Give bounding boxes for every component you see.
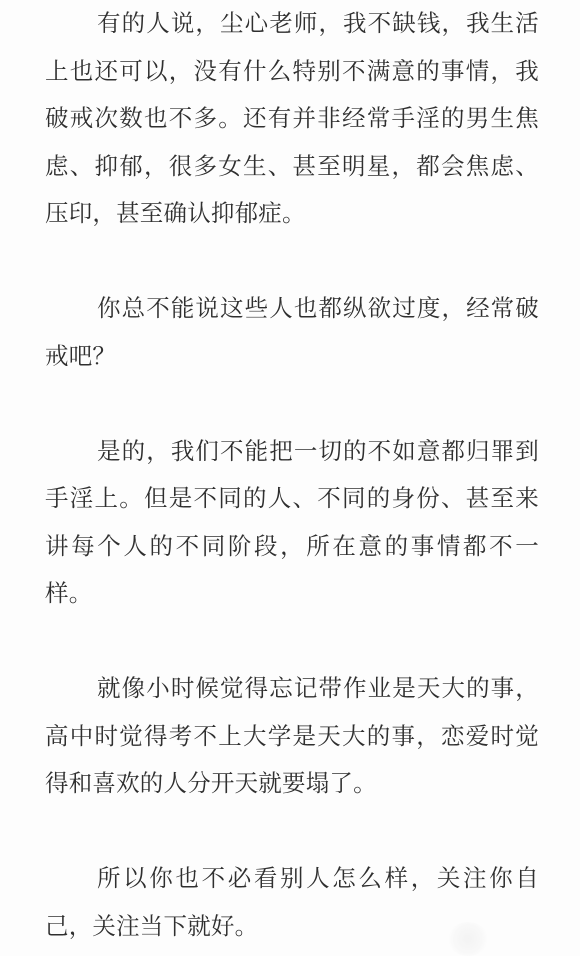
paragraph-1: 有的人说，尘心老师，我不缺钱，我生活上也还可以，没有什么特别不满意的事情，我破戒…: [45, 0, 539, 238]
paragraph-2: 你总不能说这些人也都纵欲过度，经常破戒吧？: [45, 285, 539, 380]
paragraph-3: 是的，我们不能把一切的不如意都归罪到手淫上。但是不同的人、不同的身份、甚至来讲每…: [45, 428, 539, 618]
article-body: 有的人说，尘心老师，我不缺钱，我生活上也还可以，没有什么特别不满意的事情，我破戒…: [0, 0, 580, 950]
paragraph-5: 所以你也不必看别人怎么样，关注你自己，关注当下就好。: [45, 855, 539, 950]
paragraph-4: 就像小时候觉得忘记带作业是天大的事，高中时觉得考不上大学是天大的事，恋爱时觉得和…: [45, 665, 539, 808]
